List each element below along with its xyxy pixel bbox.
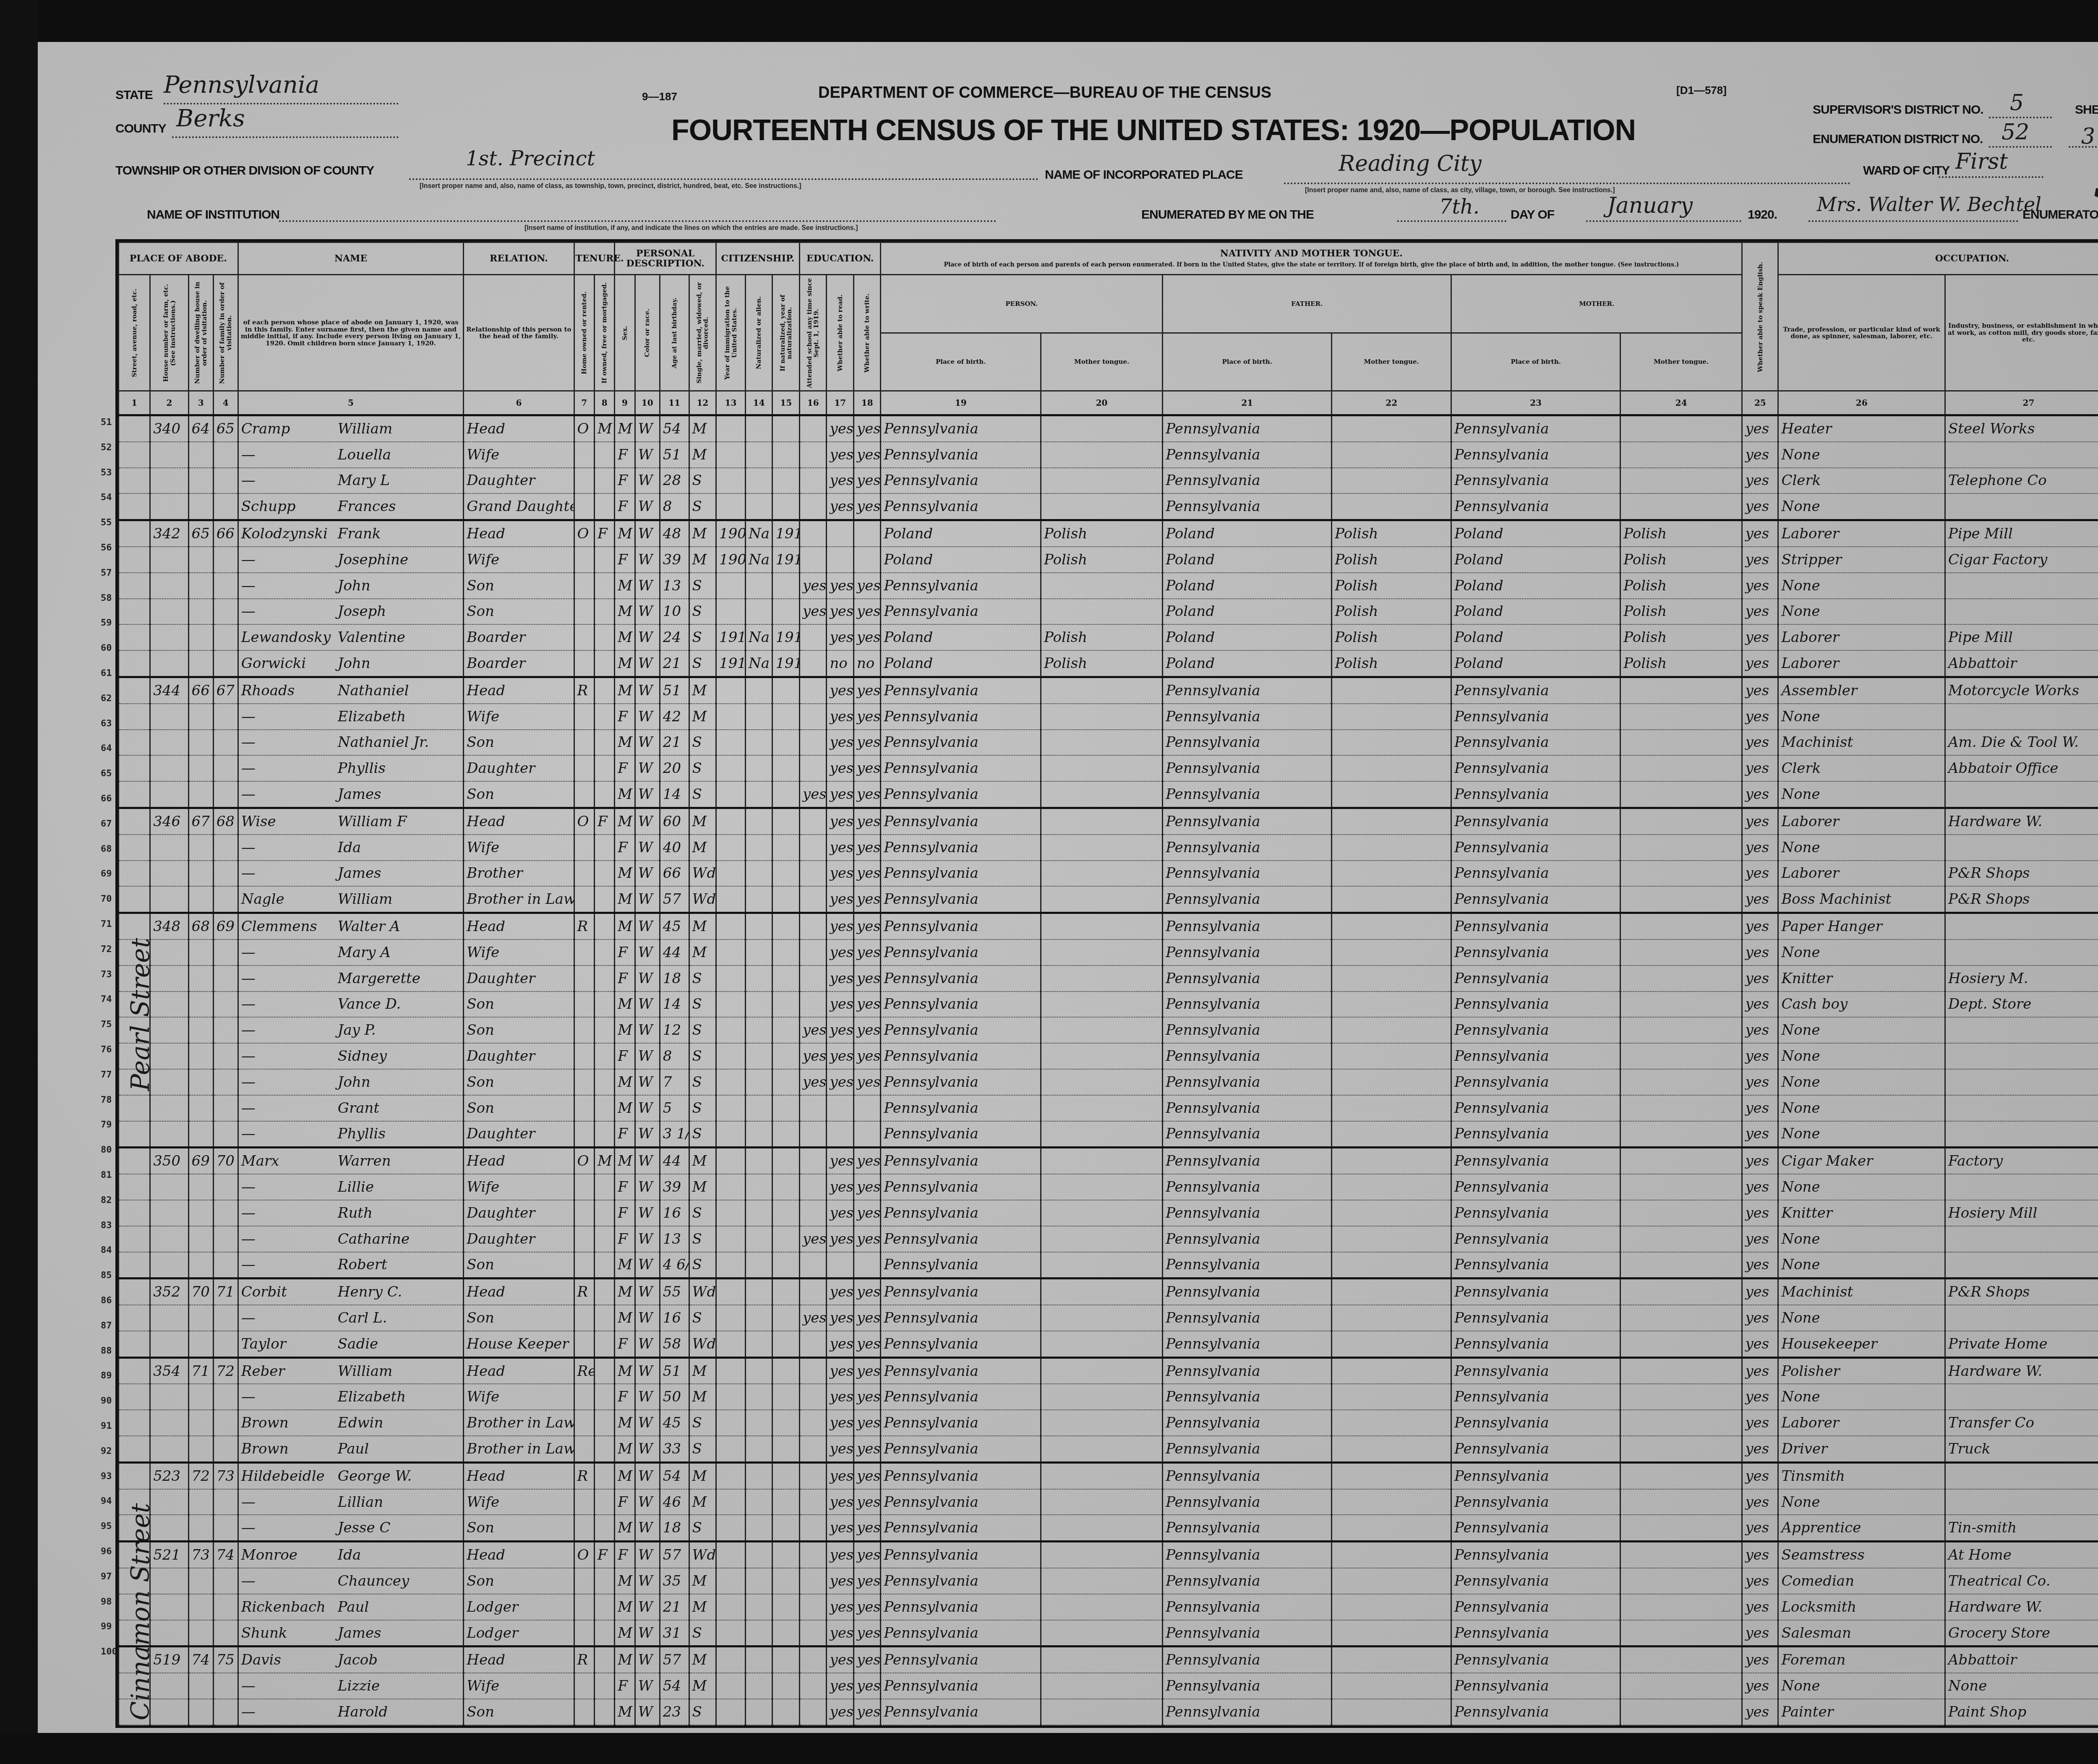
cell-school [799,1436,826,1462]
cell-relation: House Keeper [464,1331,574,1357]
cell-english: yes [1742,1279,1778,1305]
cell-read: yes [827,624,853,650]
cell-trade: None [1778,1489,1945,1515]
cell-natyr [772,1200,800,1226]
cell-tongue [1041,966,1163,992]
cell-natyr [772,992,800,1018]
cell-m_pob: Pennsylvania [1451,704,1620,730]
cell-m_tongue [1620,1069,1742,1095]
cell-dwelling [188,1200,213,1226]
given-name: Frances [338,498,396,515]
cell-relation: Head [464,1462,574,1489]
cell-marital: M [689,547,716,573]
cell-age: 45 [660,913,689,939]
cell-m_tongue: Polish [1620,650,1742,677]
cell-write: yes [853,1436,881,1462]
cell-nat [745,573,772,599]
cell-name: —Harold [238,1699,463,1725]
cell-f_pob: Pennsylvania [1163,1410,1332,1436]
line-number: 90 [101,1396,112,1406]
cell-f_pob: Pennsylvania [1163,1647,1332,1673]
cell-name: —Joseph [238,599,463,625]
cell-relation: Grand Daughter [464,493,574,520]
cell-house [150,1305,188,1331]
cell-race: W [635,1331,660,1357]
cell-industry [1945,493,2098,520]
cell-house: 519 [150,1647,188,1673]
cell-dwelling [188,1043,213,1069]
table-row: GorwickiJohnBoarderMW21S1913Na1918nonoPo… [119,650,2098,677]
cell-nat [745,1542,772,1568]
column-number: 4 [213,391,238,415]
cell-family [213,835,238,861]
institution-line [279,220,997,222]
cell-english: yes [1742,468,1778,494]
cell-sex: F [615,1542,635,1568]
col-8-free-mortgaged: If owned, free or mortgaged. [594,275,614,391]
cell-dwelling [188,650,213,677]
cell-dwelling [188,1331,213,1357]
cell-marital: S [689,1305,716,1331]
cell-industry: Dept. Store [1945,992,2098,1018]
cell-m_pob: Pennsylvania [1451,1542,1620,1568]
cell-nat [745,468,772,494]
cell-natyr [772,573,800,599]
cell-m_tongue [1620,1542,1742,1568]
cell-relation: Head [464,1148,574,1174]
cell-mortgage [594,1568,614,1594]
cell-relation: Son [464,573,574,599]
cell-dwelling: 66 [188,677,213,703]
surname: — [241,551,338,568]
cell-m_tongue [1620,913,1742,939]
cell-marital: S [689,1699,716,1725]
cell-nat [745,835,772,861]
cell-m_pob: Pennsylvania [1451,1174,1620,1200]
cell-age: 18 [660,1515,689,1541]
cell-owned: O [574,808,594,834]
cell-house [150,1043,188,1069]
cell-f_pob: Pennsylvania [1163,886,1332,913]
cell-f_tongue [1332,1095,1451,1121]
col-27-industry: Industry, business, or establishment in … [1945,275,2098,391]
cell-f_tongue [1332,1515,1451,1541]
line-number: 70 [101,894,112,904]
cell-name: —Jay P. [238,1017,463,1043]
given-name: Ida [338,839,361,856]
cell-immig [716,1148,746,1174]
cell-name: GorwickiJohn [238,650,463,677]
cell-family [213,1331,238,1357]
cell-race: W [635,1226,660,1252]
cell-pob: Pennsylvania [881,1305,1041,1331]
cell-street [119,415,150,442]
cell-trade: Seamstress [1778,1542,1945,1568]
cell-m_pob: Pennsylvania [1451,939,1620,966]
cell-owned [574,650,594,677]
given-name: Paul [338,1440,369,1457]
cell-marital: S [689,730,716,756]
cell-industry [1945,781,2098,808]
cell-f_pob: Pennsylvania [1163,677,1332,703]
cell-family [213,1017,238,1043]
column-number: 10 [635,391,660,415]
cell-dwelling [188,704,213,730]
cell-english: yes [1742,520,1778,547]
cell-m_pob: Pennsylvania [1451,493,1620,520]
surname: — [241,760,338,777]
census-title: FOURTEENTH CENSUS OF THE UNITED STATES: … [671,113,1636,147]
cell-sex: M [615,992,635,1018]
cell-write [853,547,881,573]
cell-tongue [1041,1279,1163,1305]
column-number: 11 [660,391,689,415]
cell-f_pob: Pennsylvania [1163,966,1332,992]
cell-f_tongue [1332,1174,1451,1200]
cell-english: yes [1742,1620,1778,1647]
line-number: 59 [101,618,112,628]
supervisor-line [1989,117,2052,118]
cell-owned: O [574,1148,594,1174]
given-name: Henry C. [338,1284,402,1300]
cell-read [827,547,853,573]
cell-age: 55 [660,1279,689,1305]
cell-read: yes [827,1462,853,1489]
cell-nat [745,1226,772,1252]
cell-trade: Laborer [1778,1410,1945,1436]
cell-marital: S [689,1410,716,1436]
cell-m_pob: Pennsylvania [1451,1673,1620,1699]
cell-english: yes [1742,1043,1778,1069]
cell-house: 340 [150,415,188,442]
cell-school [799,1647,826,1673]
cell-family [213,1620,238,1647]
cell-nat [745,886,772,913]
cell-marital: Wd [689,886,716,913]
table-row: —Nathaniel Jr.SonMW21SyesyesPennsylvania… [119,730,2098,756]
cell-owned [574,781,594,808]
cell-pob: Pennsylvania [881,1489,1041,1515]
cell-immig [716,1384,746,1410]
cell-read: yes [827,415,853,442]
cell-house [150,1331,188,1357]
cell-tongue [1041,1410,1163,1436]
cell-house: 348 [150,913,188,939]
cell-f_tongue [1332,1200,1451,1226]
cell-street [119,886,150,913]
cell-house: 342 [150,520,188,547]
cell-house [150,704,188,730]
cell-f_tongue: Polish [1332,573,1451,599]
cell-write: yes [853,415,881,442]
cell-sex: M [615,886,635,913]
film-border-bottom [0,1733,2098,1764]
line-number: 98 [101,1597,112,1607]
cell-street [119,1462,150,1489]
cell-mortgage [594,547,614,573]
cell-marital: S [689,781,716,808]
cell-race: W [635,704,660,730]
cell-house [150,1515,188,1541]
cell-name: —Louella [238,442,463,468]
cell-nat: Na [745,624,772,650]
cell-m_tongue [1620,1017,1742,1043]
cell-industry [1945,939,2098,966]
cell-name: —Phyllis [238,755,463,781]
cell-read: yes [827,573,853,599]
cell-school: yes [799,1043,826,1069]
cell-natyr [772,1462,800,1489]
cell-industry: Truck [1945,1436,2098,1462]
cell-m_pob: Pennsylvania [1451,1436,1620,1462]
group-nativity: NATIVITY AND MOTHER TONGUE.Place of birt… [881,243,1742,275]
cell-f_pob: Pennsylvania [1163,1462,1332,1489]
surname: — [241,865,338,882]
table-row: —JosephineWifeFW39M1901Na1918PolandPolis… [119,547,2098,573]
cell-family [213,730,238,756]
cell-marital: S [689,493,716,520]
cell-age: 54 [660,1462,689,1489]
surname: Nagle [241,891,338,908]
cell-relation: Son [464,1305,574,1331]
cell-read: yes [827,1647,853,1673]
township-note: [Insert proper name and, also, name of c… [420,183,801,190]
cell-age: 8 [660,1043,689,1069]
cell-family [213,1515,238,1541]
cell-race: W [635,1279,660,1305]
cell-read: yes [827,1148,853,1174]
cell-f_pob: Pennsylvania [1163,1226,1332,1252]
cell-english: yes [1742,573,1778,599]
cell-immig [716,886,746,913]
cell-dwelling [188,939,213,966]
column-number: 23 [1451,391,1620,415]
cell-mortgage [594,1017,614,1043]
cell-m_tongue [1620,1436,1742,1462]
col-13-immigration: Year of immigration to the United States… [716,275,746,391]
cell-house: 521 [150,1542,188,1568]
cell-age: 7 [660,1069,689,1095]
cell-read: yes [827,992,853,1018]
cell-street [119,1357,150,1384]
cell-marital: M [689,1384,716,1410]
surname: Rickenbach [241,1599,338,1615]
cell-race: W [635,1436,660,1462]
cell-age: 57 [660,1542,689,1568]
cell-tongue [1041,1462,1163,1489]
cell-pob: Pennsylvania [881,730,1041,756]
table-row: —JosephSonMW10SyesyesyesPennsylvaniaPola… [119,599,2098,625]
cell-pob: Pennsylvania [881,415,1041,442]
cell-street [119,1699,150,1725]
cell-mortgage: M [594,415,614,442]
column-numbers-row: 1234567891011121314151617181920212223242… [119,391,2098,415]
table-row: —Jay P.SonMW12SyesyesyesPennsylvaniaPenn… [119,1017,2098,1043]
cell-m_tongue [1620,1305,1742,1331]
cell-street [119,992,150,1018]
cell-marital: Wd [689,861,716,887]
cell-name: WiseWilliam F [238,808,463,834]
cell-age: 40 [660,835,689,861]
cell-mortgage: F [594,808,614,834]
cell-f_pob: Pennsylvania [1163,1331,1332,1357]
cell-school [799,730,826,756]
cell-age: 60 [660,808,689,834]
incorporated-label: NAME OF INCORPORATED PLACE [1045,168,1243,182]
cell-f_pob: Pennsylvania [1163,992,1332,1018]
cell-mortgage: M [594,1148,614,1174]
surname: — [241,734,338,751]
cell-relation: Head [464,1647,574,1673]
cell-house [150,1568,188,1594]
cell-pob: Pennsylvania [881,1515,1041,1541]
cell-school [799,415,826,442]
cell-street [119,1279,150,1305]
cell-m_tongue [1620,1489,1742,1515]
cell-m_pob: Pennsylvania [1451,1226,1620,1252]
table-row: —SidneyDaughterFW8SyesyesyesPennsylvania… [119,1043,2098,1069]
cell-mortgage [594,886,614,913]
surname: Cramp [241,420,338,437]
cell-write: yes [853,1384,881,1410]
cell-english: yes [1742,992,1778,1018]
cell-natyr: 1918 [772,650,800,677]
cell-school [799,1542,826,1568]
cell-trade: None [1778,1095,1945,1121]
cell-read: yes [827,704,853,730]
cell-tongue: Polish [1041,520,1163,547]
cell-industry [1945,599,2098,625]
table-row: —RobertSonMW4 6/12SPennsylvaniaPennsylva… [119,1252,2098,1279]
cell-f_tongue [1332,1331,1451,1357]
cell-pob: Pennsylvania [881,1069,1041,1095]
cell-industry [1945,1489,2098,1515]
cell-sex: F [615,835,635,861]
cell-pob: Pennsylvania [881,992,1041,1018]
line-number: 82 [101,1195,112,1206]
cell-natyr: 1918 [772,547,800,573]
cell-m_pob: Pennsylvania [1451,1620,1620,1647]
cell-f_tongue [1332,755,1451,781]
cell-english: yes [1742,599,1778,625]
cell-owned: O [574,1542,594,1568]
cell-english: yes [1742,1462,1778,1489]
cell-race: W [635,415,660,442]
surname: Davis [241,1652,338,1668]
cell-mortgage [594,913,614,939]
cell-natyr [772,1357,800,1384]
cell-school [799,1489,826,1515]
cell-dwelling: 74 [188,1647,213,1673]
cell-natyr [772,755,800,781]
cell-nat [745,1043,772,1069]
cell-family [213,992,238,1018]
cell-tongue [1041,992,1163,1018]
cell-race: W [635,1174,660,1200]
cell-race: W [635,1252,660,1279]
cell-street [119,861,150,887]
cell-industry: At Home [1945,1542,2098,1568]
cell-industry: Abbattoir [1945,1647,2098,1673]
cell-tongue [1041,677,1163,703]
cell-immig [716,808,746,834]
cell-tongue [1041,886,1163,913]
cell-sex: F [615,468,635,494]
cell-f_pob: Poland [1163,624,1332,650]
cell-name: KolodzynskiFrank [238,520,463,547]
cell-marital: S [689,755,716,781]
cell-dwelling [188,493,213,520]
enumerated-day: 7th. [1439,195,1480,219]
cell-age: 39 [660,1174,689,1200]
cell-m_pob: Pennsylvania [1451,1043,1620,1069]
cell-family: 66 [213,520,238,547]
cell-read: yes [827,966,853,992]
cell-immig [716,992,746,1018]
table-row: NagleWilliamBrother in LawMW57WdyesyesPe… [119,886,2098,913]
cell-english: yes [1742,650,1778,677]
cell-f_pob: Pennsylvania [1163,415,1332,442]
cell-tongue [1041,939,1163,966]
cell-write [853,1095,881,1121]
cell-relation: Wife [464,442,574,468]
line-number: 71 [101,919,112,929]
cell-m_tongue [1620,1357,1742,1384]
cell-dwelling: 65 [188,520,213,547]
cell-m_tongue [1620,835,1742,861]
cell-family: 69 [213,913,238,939]
given-name: Sidney [338,1048,387,1065]
given-name: Elizabeth [338,1388,406,1405]
cell-race: W [635,1357,660,1384]
column-number: 26 [1778,391,1945,415]
cell-m_pob: Pennsylvania [1451,913,1620,939]
col-6-relation-desc: Relationship of this person to the head … [464,275,574,391]
cell-f_pob: Pennsylvania [1163,468,1332,494]
cell-age: 14 [660,781,689,808]
cell-write: yes [853,1594,881,1620]
cell-trade: Laborer [1778,808,1945,834]
cell-write: yes [853,755,881,781]
cell-nat [745,1174,772,1200]
cell-sex: F [615,1043,635,1069]
cell-mortgage [594,1305,614,1331]
cell-m_pob: Pennsylvania [1451,1515,1620,1541]
cell-industry [1945,573,2098,599]
cell-f_tongue [1332,1148,1451,1174]
cell-nat [745,442,772,468]
cell-mortgage [594,573,614,599]
cell-trade: Machinist [1778,1279,1945,1305]
cell-house [150,1252,188,1279]
cell-family [213,650,238,677]
enumeration-label: ENUMERATION DISTRICT NO. [1813,132,1983,146]
cell-f_pob: Pennsylvania [1163,1594,1332,1620]
group-tenure: TENURE. [574,243,615,275]
cell-owned [574,442,594,468]
line-number: 72 [101,944,112,955]
cell-school: yes [799,1069,826,1095]
group-mother: MOTHER. [1451,275,1742,333]
cell-write: yes [853,781,881,808]
table-row: 3446667RhoadsNathanielHeadRMW51MyesyesPe… [119,677,2098,703]
cell-english: yes [1742,939,1778,966]
cell-m_tongue [1620,1331,1742,1357]
given-name: Phyllis [338,1125,386,1142]
cell-trade: None [1778,1305,1945,1331]
cell-immig [716,755,746,781]
cell-street [119,835,150,861]
